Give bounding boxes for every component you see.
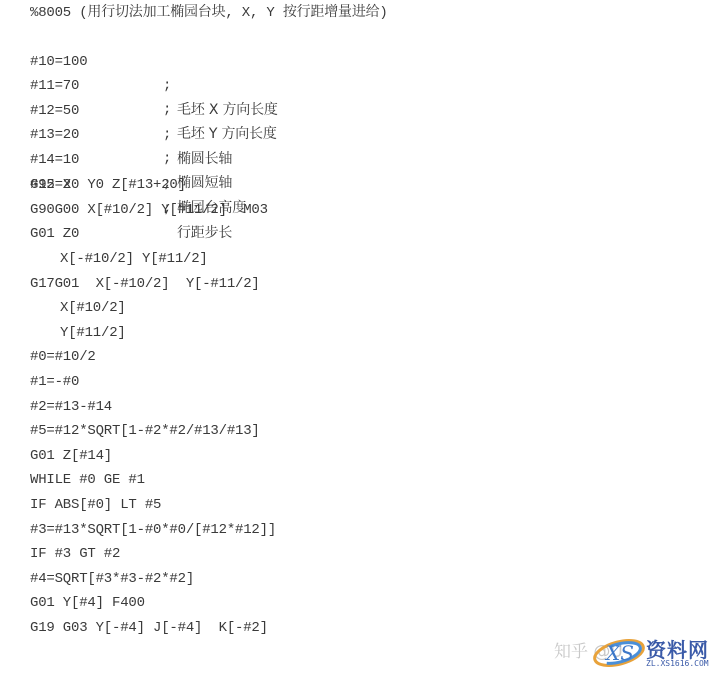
code-line: #3=#13*SQRT[1-#0*#0/[#12*#12]] [30, 518, 276, 542]
svg-text:XS: XS [604, 641, 634, 665]
program-header: %8005 (用行切法加工椭园台块, X, Y 按行距增量进给) [30, 1, 388, 25]
variable-comment: 椭圆长轴 [177, 147, 232, 171]
variable-line: #11=70 ; 毛坯 Y 方向长度 [30, 50, 63, 74]
variable-line: #15=2 ; 行距步长 [30, 149, 63, 173]
comment-separator: ; [163, 98, 171, 122]
brand-url: ZL.XS1616.COM [646, 659, 709, 668]
variable-comment: 毛坯 Y 方向长度 [177, 122, 277, 146]
variable-line: #13=20 ; 椭圆短轴 [30, 99, 63, 123]
code-line: G01 Z[#14] [30, 444, 112, 468]
watermark: 知乎 @U XS 资料网 ZL.XS1616.COM [554, 633, 720, 673]
code-line: #0=#10/2 [30, 345, 96, 369]
code-line: #5=#12*SQRT[1-#2*#2/#13/#13] [30, 419, 260, 443]
code-line: G19 G03 Y[-#4] J[-#4] K[-#2] [30, 616, 268, 640]
code-line: #4=SQRT[#3*#3-#2*#2] [30, 567, 194, 591]
variable-line: #14=10 ; 椭园台高度 [30, 124, 63, 148]
code-line: G92 X0 Y0 Z[#13+20] [30, 173, 186, 197]
code-line: G01 Y[#4] F400 [30, 591, 145, 615]
code-line: Y[#11/2] [30, 321, 126, 345]
code-line: #1=-#0 [30, 370, 79, 394]
code-line: X[#10/2] [30, 296, 126, 320]
code-line: #2=#13-#14 [30, 395, 112, 419]
code-line: IF #3 GT #2 [30, 542, 120, 566]
code-line: X[-#10/2] Y[#11/2] [30, 247, 208, 271]
variable-line: #10=100 ; 毛坯 X 方向长度 [30, 26, 63, 50]
comment-separator: ; [163, 147, 171, 171]
comment-separator: ; [163, 123, 171, 147]
code-line: G01 Z0 [30, 222, 79, 246]
xs-logo-icon: XS [592, 633, 647, 671]
code-line: G17G01 X[-#10/2] Y[-#11/2] [30, 272, 260, 296]
variable-line: #12=50 ; 椭圆长轴 [30, 75, 63, 99]
code-line: WHILE #0 GE #1 [30, 468, 145, 492]
comment-separator: ; [163, 74, 171, 98]
variable-comment: 行距步长 [177, 221, 232, 245]
variable-comment: 毛坯 X 方向长度 [177, 98, 278, 122]
code-line: IF ABS[#0] LT #5 [30, 493, 161, 517]
code-line: G90G00 X[#10/2] Y[#11/2] M03 [30, 198, 268, 222]
